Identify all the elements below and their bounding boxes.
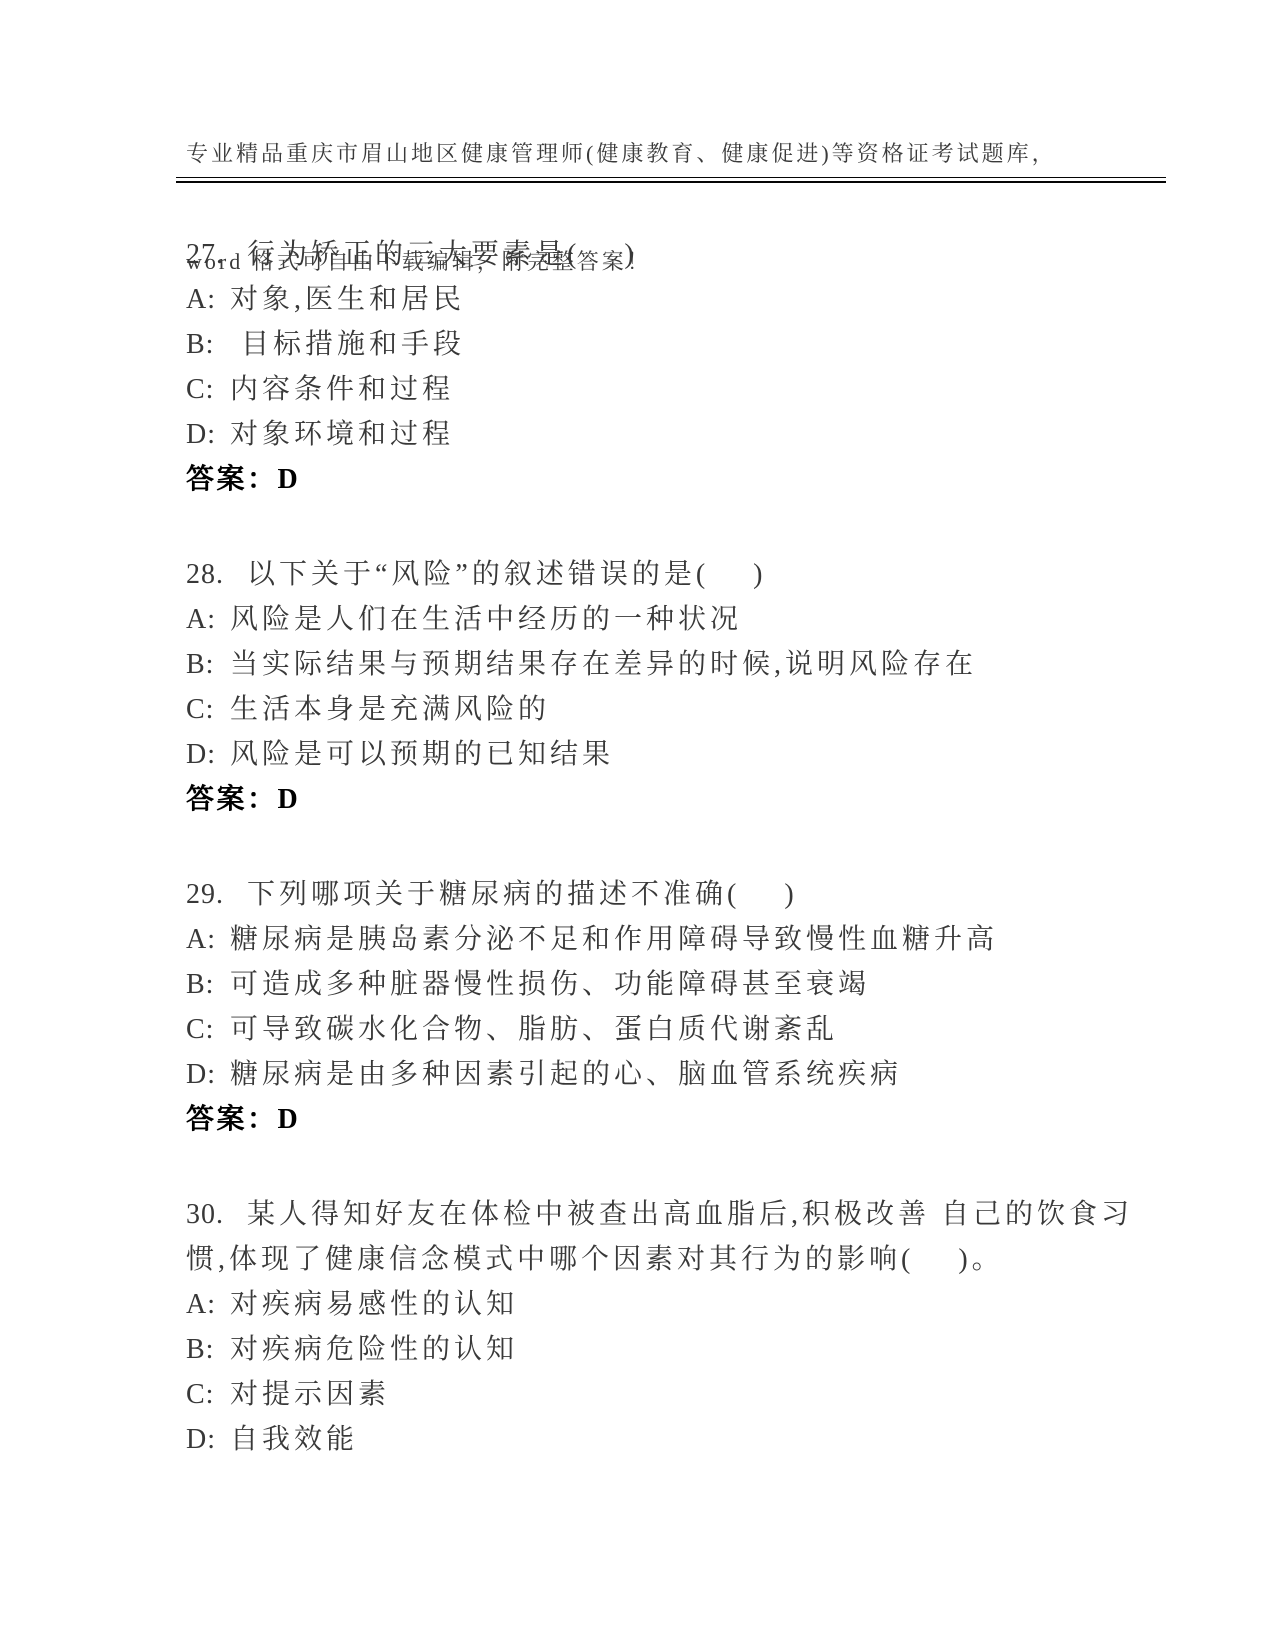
option-row: B:对疾病危险性的认知: [186, 1327, 1126, 1372]
option-row: C:生活本身是充满风险的: [186, 687, 1126, 732]
option-row: D:自我效能: [186, 1417, 1126, 1462]
option-label: D:: [186, 412, 230, 457]
option-row: C:内容条件和过程: [186, 367, 1126, 412]
option-label: B:: [186, 962, 230, 1007]
question-stem-lines: 27.行为矫正的三大要素是( ): [186, 232, 1126, 277]
question-stem-lines: 30.某人得知好友在体检中被查出高血脂后,积极改善 自己的饮食习 惯,体现了健康…: [186, 1192, 1126, 1282]
option-label: D:: [186, 1052, 230, 1097]
option-row: C:可导致碳水化合物、脂肪、蛋白质代谢紊乱: [186, 1007, 1126, 1052]
question-stem-text: 下列哪项关于糖尿病的描述不准确( ): [247, 879, 798, 910]
option-label: D:: [186, 732, 230, 777]
question-block: 28.以下关于“风险”的叙述错误的是( ) A:风险是人们在生活中经历的一种状况…: [186, 552, 1126, 822]
question-stem-text: 惯,体现了健康信念模式中哪个因素对其行为的影响( )。: [186, 1244, 1004, 1275]
question-stem-row: 27.行为矫正的三大要素是( ): [186, 232, 1126, 277]
option-text: 风险是可以预期的已知结果: [230, 739, 614, 770]
option-label: D:: [186, 1417, 230, 1462]
option-row: A:对疾病易感性的认知: [186, 1282, 1126, 1327]
answer-value: D: [278, 1104, 301, 1135]
option-text: 对疾病危险性的认知: [230, 1334, 518, 1365]
option-row: B:当实际结果与预期结果存在差异的时候,说明风险存在: [186, 642, 1126, 687]
option-label: C:: [186, 1007, 230, 1052]
option-row: B:可造成多种脏器慢性损伤、功能障碍甚至衰竭: [186, 962, 1126, 1007]
answer-row: 答案：D: [186, 457, 1126, 502]
option-row: D:糖尿病是由多种因素引起的心、脑血管系统疾病: [186, 1052, 1126, 1097]
option-text: 生活本身是充满风险的: [230, 694, 550, 725]
question-block: 29.下列哪项关于糖尿病的描述不准确( ) A:糖尿病是胰岛素分泌不足和作用障碍…: [186, 872, 1126, 1142]
option-row: A:对象,医生和居民: [186, 277, 1126, 322]
option-label: A:: [186, 917, 230, 962]
option-text: 当实际结果与预期结果存在差异的时候,说明风险存在: [230, 649, 977, 680]
question-stem-text: 行为矫正的三大要素是( ): [247, 239, 638, 270]
options-list: A:对疾病易感性的认知B:对疾病危险性的认知C:对提示因素D:自我效能: [186, 1282, 1126, 1462]
option-text: 内容条件和过程: [230, 374, 454, 405]
option-label: C:: [186, 367, 230, 412]
question-number: 28.: [186, 552, 247, 597]
answer-value: D: [278, 464, 301, 495]
option-text: 目标措施和手段: [230, 329, 465, 360]
question-stem-lines: 28.以下关于“风险”的叙述错误的是( ): [186, 552, 1126, 597]
option-row: C:对提示因素: [186, 1372, 1126, 1417]
option-text: 对象环境和过程: [230, 419, 454, 450]
header-double-rule: [176, 177, 1166, 183]
option-label: C:: [186, 687, 230, 732]
answer-value: D: [278, 784, 301, 815]
answer-label: 答案：: [186, 464, 278, 495]
question-block: 27.行为矫正的三大要素是( ) A:对象,医生和居民B: 目标措施和手段C:内…: [186, 232, 1126, 502]
option-label: B:: [186, 1327, 230, 1372]
answer-label: 答案：: [186, 784, 278, 815]
question-stem-row: 28.以下关于“风险”的叙述错误的是( ): [186, 552, 1126, 597]
option-label: B:: [186, 642, 230, 687]
option-text: 风险是人们在生活中经历的一种状况: [230, 604, 742, 635]
option-row: A:糖尿病是胰岛素分泌不足和作用障碍导致慢性血糖升高: [186, 917, 1126, 962]
options-list: A:风险是人们在生活中经历的一种状况B:当实际结果与预期结果存在差异的时候,说明…: [186, 597, 1126, 777]
question-number: 27.: [186, 232, 247, 277]
question-stem-text: 某人得知好友在体检中被查出高血脂后,积极改善 自己的饮食习: [247, 1199, 1133, 1230]
option-text: 糖尿病是胰岛素分泌不足和作用障碍导致慢性血糖升高: [230, 924, 998, 955]
option-text: 可造成多种脏器慢性损伤、功能障碍甚至衰竭: [230, 969, 870, 1000]
answer-label: 答案：: [186, 1104, 278, 1135]
question-stem-lines: 29.下列哪项关于糖尿病的描述不准确( ): [186, 872, 1126, 917]
option-text: 对象,医生和居民: [230, 284, 465, 315]
question-stem-row: 29.下列哪项关于糖尿病的描述不准确( ): [186, 872, 1126, 917]
options-list: A:糖尿病是胰岛素分泌不足和作用障碍导致慢性血糖升高B:可造成多种脏器慢性损伤、…: [186, 917, 1126, 1097]
option-text: 可导致碳水化合物、脂肪、蛋白质代谢紊乱: [230, 1014, 838, 1045]
option-text: 糖尿病是由多种因素引起的心、脑血管系统疾病: [230, 1059, 902, 1090]
question-number: 29.: [186, 872, 247, 917]
question-number: 30.: [186, 1192, 247, 1237]
option-row: A:风险是人们在生活中经历的一种状况: [186, 597, 1126, 642]
answer-row: 答案：D: [186, 777, 1126, 822]
question-stem-row: 30.某人得知好友在体检中被查出高血脂后,积极改善 自己的饮食习: [186, 1192, 1126, 1237]
option-label: A:: [186, 1282, 230, 1327]
option-row: B: 目标措施和手段: [186, 322, 1126, 367]
option-label: B:: [186, 322, 230, 367]
document-page: 专业精品重庆市眉山地区健康管理师(健康教育、健康促进)等资格证考试题库， wor…: [0, 0, 1275, 1650]
question-block: 30.某人得知好友在体检中被查出高血脂后,积极改善 自己的饮食习 惯,体现了健康…: [186, 1192, 1126, 1462]
option-label: A:: [186, 277, 230, 322]
option-label: A:: [186, 597, 230, 642]
option-text: 自我效能: [230, 1424, 358, 1455]
questions: 27.行为矫正的三大要素是( ) A:对象,医生和居民B: 目标措施和手段C:内…: [186, 232, 1126, 1512]
options-list: A:对象,医生和居民B: 目标措施和手段C:内容条件和过程D:对象环境和过程: [186, 277, 1126, 457]
question-stem-text: 以下关于“风险”的叙述错误的是( ): [247, 559, 767, 590]
option-text: 对疾病易感性的认知: [230, 1289, 518, 1320]
option-row: D:对象环境和过程: [186, 412, 1126, 457]
page-header-line-1: 专业精品重庆市眉山地区健康管理师(健康教育、健康促进)等资格证考试题库，: [186, 136, 1136, 172]
answer-row: 答案：D: [186, 1097, 1126, 1142]
option-row: D:风险是可以预期的已知结果: [186, 732, 1126, 777]
option-label: C:: [186, 1372, 230, 1417]
question-stem-continued: 惯,体现了健康信念模式中哪个因素对其行为的影响( )。: [186, 1237, 1126, 1282]
option-text: 对提示因素: [230, 1379, 390, 1410]
